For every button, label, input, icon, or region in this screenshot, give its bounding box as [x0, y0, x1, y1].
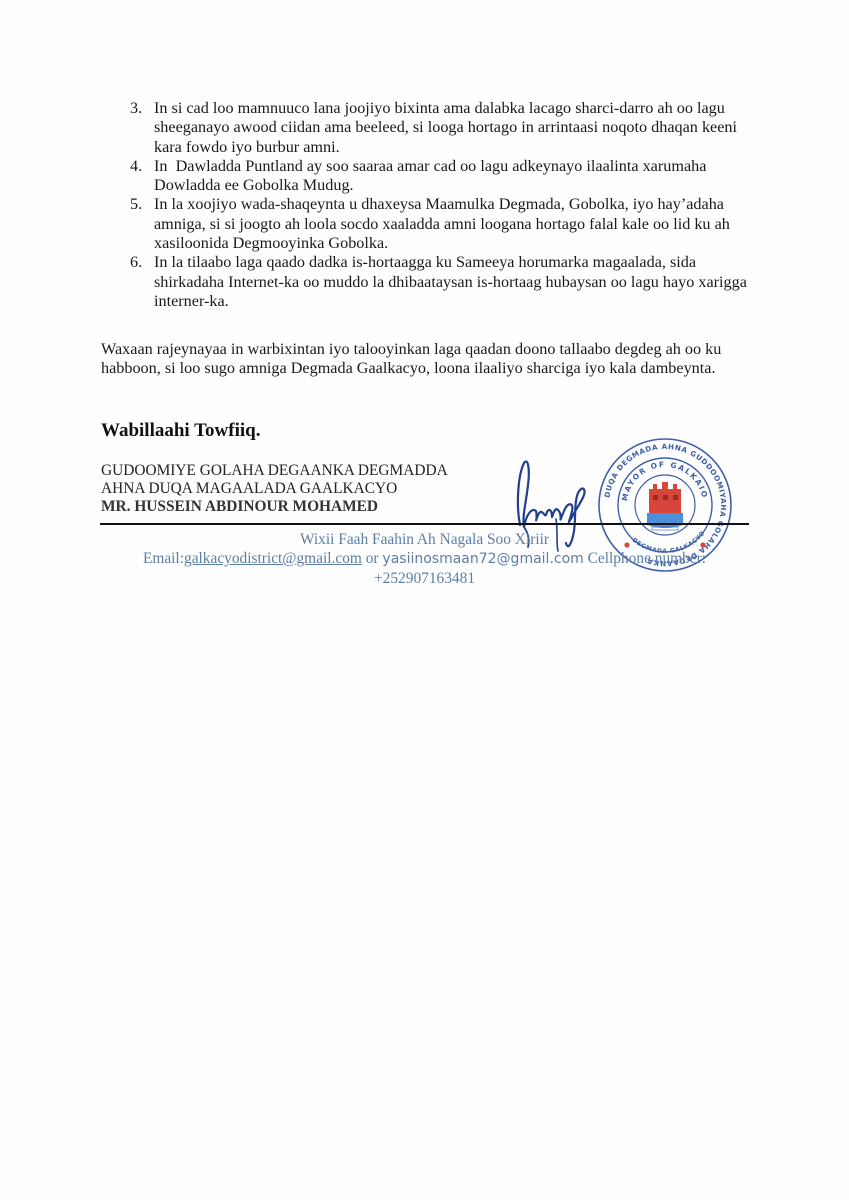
list-item: 4. In Dawladda Puntland ay soo saaraa am…: [130, 157, 750, 196]
email-label: Email:: [143, 550, 184, 567]
list-item-text: In la tilaabo laga qaado dadka is-hortaa…: [154, 253, 747, 310]
signatory-title-line-2: AHNA DUQA MAGAALADA GAALKACYO: [101, 480, 448, 498]
list-item-number: 5.: [130, 195, 142, 214]
document-page: 3. In si cad loo mamnuuco lana joojiyo b…: [0, 0, 849, 1200]
list-item: 3. In si cad loo mamnuuco lana joojiyo b…: [130, 99, 750, 157]
secondary-email: yasiinosmaan72@gmail.com: [382, 551, 583, 567]
footer-divider: [100, 523, 749, 525]
farewell-line: Wabillaahi Towfiiq.: [101, 420, 260, 442]
list-item-text: In si cad loo mamnuuco lana joojiyo bixi…: [154, 99, 737, 156]
recommendations-list: 3. In si cad loo mamnuuco lana joojiyo b…: [130, 99, 750, 311]
closing-paragraph: Waxaan rajeynayaa in warbixintan iyo tal…: [101, 340, 741, 379]
list-item: 5. In la xoojiyo wada-shaqeynta u dhaxey…: [130, 195, 750, 253]
list-item-text: In la xoojiyo wada-shaqeynta u dhaxeysa …: [154, 195, 730, 252]
list-item-number: 3.: [130, 99, 142, 118]
phone-label: Cellphone number:: [584, 550, 706, 567]
primary-email-link[interactable]: galkacyodistrict@gmail.com: [184, 550, 362, 567]
list-item-number: 6.: [130, 253, 142, 272]
footer-contact: Wixii Faah Faahin Ah Nagala Soo Xiriir E…: [100, 530, 749, 588]
signatory-title-line-1: GUDOOMIYE GOLAHA DEGAANKA DEGMADDA: [101, 462, 448, 480]
email-separator: or: [362, 550, 383, 567]
list-item-text: In Dawladda Puntland ay soo saaraa amar …: [154, 157, 710, 194]
contact-line: Email:galkacyodistrict@gmail.com or yasi…: [100, 549, 749, 569]
phone-number: +252907163481: [100, 569, 749, 588]
contact-heading: Wixii Faah Faahin Ah Nagala Soo Xiriir: [100, 530, 749, 549]
list-item: 6. In la tilaabo laga qaado dadka is-hor…: [130, 253, 750, 311]
signatory-block: GUDOOMIYE GOLAHA DEGAANKA DEGMADDA AHNA …: [101, 462, 448, 516]
signatory-name: MR. HUSSEIN ABDINOUR MOHAMED: [101, 498, 448, 516]
list-item-number: 4.: [130, 157, 142, 176]
